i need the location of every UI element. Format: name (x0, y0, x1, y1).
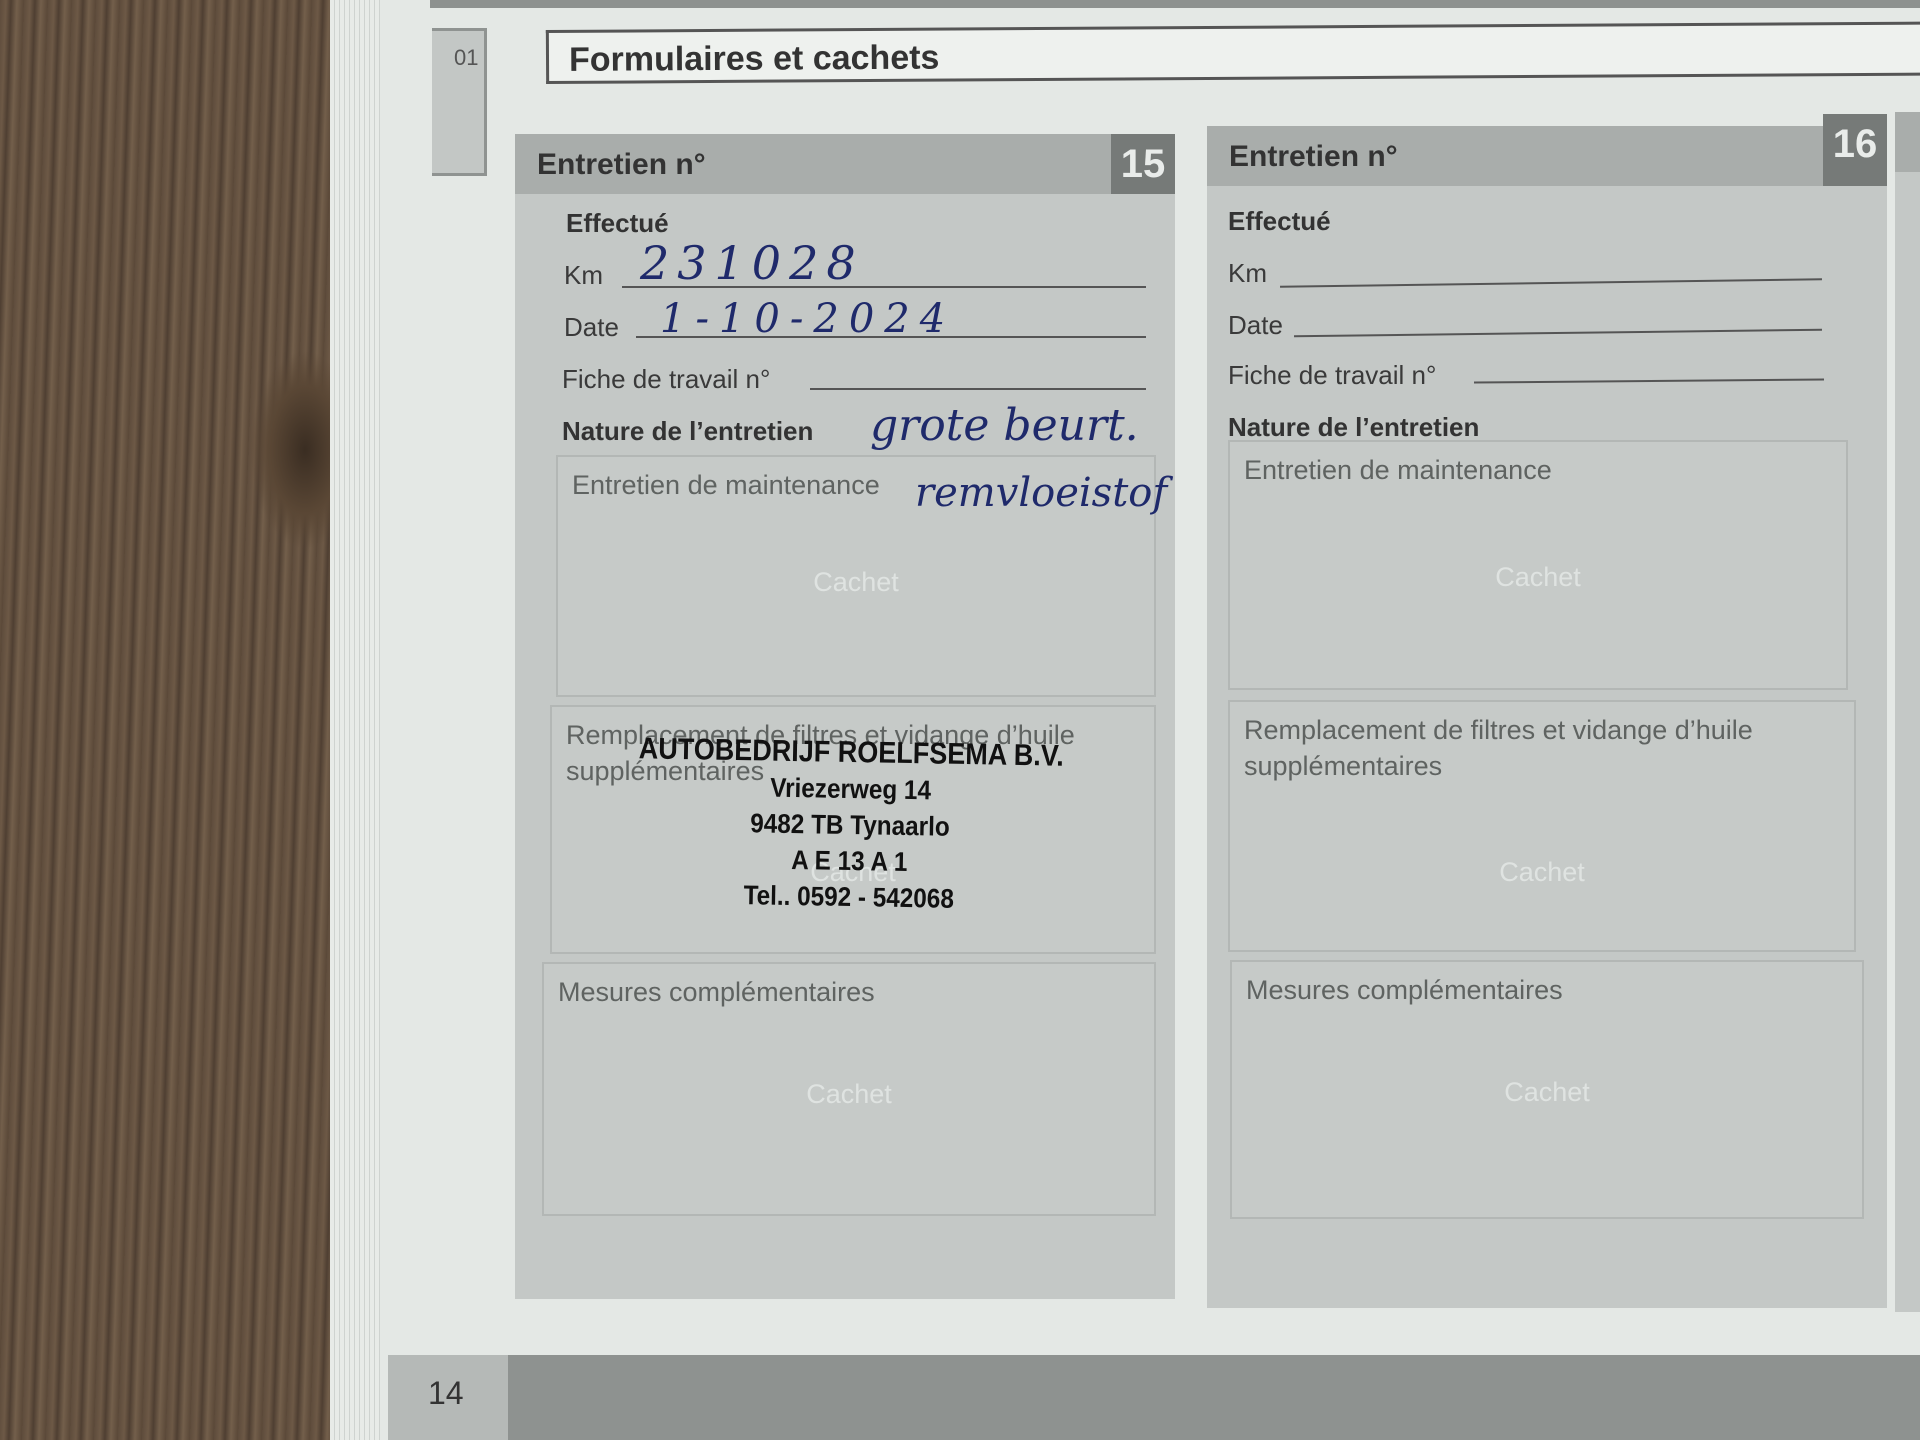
km-value[interactable]: 231028 (640, 236, 864, 290)
next-card-edge (1895, 112, 1920, 1312)
cachet-placeholder: Cachet (558, 567, 1154, 598)
km-label: Km (564, 260, 603, 291)
worksheet-label: Fiche de travail n° (1228, 360, 1436, 391)
nature-label: Nature de l’entretien (1228, 412, 1479, 443)
date-label: Date (564, 312, 619, 343)
cachet-placeholder: Cachet (1232, 1077, 1862, 1108)
card-header: Entretien n° 16 (1207, 126, 1887, 186)
nature-handwriting-line1: grote beurt. (870, 400, 1139, 451)
wooden-table-background (0, 0, 370, 1440)
chapter-number: 01 (454, 45, 478, 71)
garage-stamp: AUTOBEDRIJF ROELFSEMA B.V. Vriezerweg 14… (623, 731, 1076, 919)
worksheet-line[interactable] (810, 388, 1146, 390)
card-number: 15 (1111, 134, 1175, 194)
worksheet-label: Fiche de travail n° (562, 364, 770, 395)
effectue-label: Effectué (566, 208, 669, 239)
page-title-box: Formulaires et cachets (546, 21, 1920, 84)
box-caption: Entretien de maintenance (1244, 452, 1552, 488)
page-title: Formulaires et cachets (569, 39, 940, 80)
additional-measures-box: Mesures complémentaires Cachet (542, 962, 1156, 1216)
footer-bar (508, 1355, 1920, 1440)
nature-handwriting-line2: remvloeistof (915, 470, 1167, 516)
additional-measures-box: Mesures complémentaires Cachet (1230, 960, 1864, 1219)
cachet-placeholder: Cachet (1230, 857, 1854, 888)
maintenance-box: Entretien de maintenance Cachet (1228, 440, 1848, 690)
card-header-label: Entretien n° (1229, 140, 1398, 174)
card-header-label: Entretien n° (537, 148, 706, 182)
box-caption: Entretien de maintenance (572, 467, 880, 503)
filters-oil-box: Remplacement de filtres et vidange d’hui… (1228, 700, 1856, 952)
box-caption: Remplacement de filtres et vidange d’hui… (1244, 712, 1844, 784)
nature-label: Nature de l’entretien (562, 416, 813, 447)
box-caption: Mesures complémentaires (558, 974, 875, 1010)
cachet-placeholder: Cachet (544, 1079, 1154, 1110)
chapter-tab: 01 (432, 28, 487, 176)
page-number: 14 (428, 1375, 464, 1412)
date-value[interactable]: 1-10-2024 (660, 296, 955, 342)
page-number-box: 14 (388, 1355, 508, 1440)
cachet-placeholder: Cachet (1230, 562, 1846, 593)
card-header: Entretien n° 15 (515, 134, 1175, 194)
top-strip (430, 0, 1920, 8)
effectue-label: Effectué (1228, 206, 1331, 237)
box-caption: Mesures complémentaires (1246, 972, 1563, 1008)
card-number: 16 (1823, 114, 1887, 186)
date-label: Date (1228, 310, 1283, 341)
km-label: Km (1228, 258, 1267, 289)
